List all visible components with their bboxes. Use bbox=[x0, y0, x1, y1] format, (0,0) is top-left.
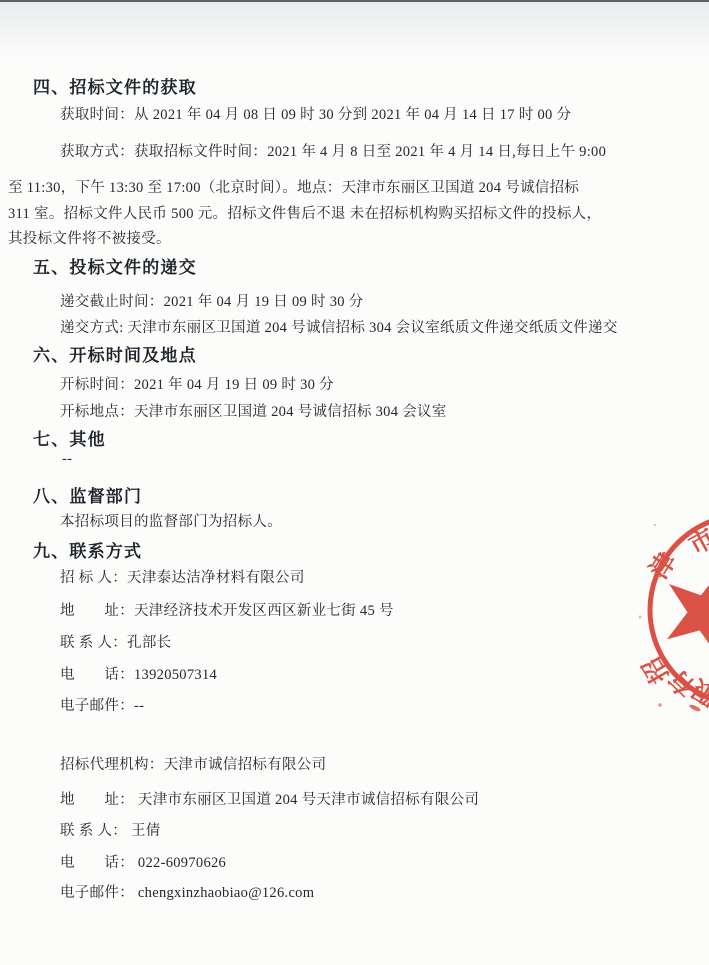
agency-phone-row: 电 话： 022-60970626 bbox=[60, 851, 226, 872]
scan-top-shadow bbox=[0, 2, 709, 58]
tenderer-phone-row: 电 话：13920507314 bbox=[60, 663, 217, 684]
star-icon bbox=[667, 569, 709, 658]
section-6-line-1: 开标时间：2021 年 04 月 19 日 09 时 30 分 bbox=[60, 373, 334, 394]
agency-address-row: 地 址： 天津市东丽区卫国道 204 号天津市诚信招标有限公司 bbox=[60, 788, 479, 809]
section-7-line-1: -- bbox=[62, 451, 72, 468]
tenderer-address-row: 地 址：天津经济技术开发区西区新业七街 45 号 bbox=[60, 599, 394, 620]
scan-top-edge bbox=[0, 0, 709, 2]
seal-ink-speck-2 bbox=[639, 616, 642, 619]
section-9-heading: 九、联系方式 bbox=[33, 537, 142, 562]
agency-name-row: 招标代理机构：天津市诚信招标有限公司 bbox=[60, 753, 326, 774]
section-7-heading: 七、其他 bbox=[33, 425, 106, 450]
section-5-line-2: 递交方式: 天津市东丽区卫国道 204 号诚信招标 304 会议室纸质文件递交纸… bbox=[60, 316, 618, 337]
section-4-line-5: 其投标文件将不被接受。 bbox=[8, 227, 171, 248]
tenderer-name-row: 招 标 人：天津泰达洁净材料有限公司 bbox=[60, 566, 305, 587]
seal-ink-speck-1 bbox=[658, 703, 662, 707]
agency-contact-row: 联 系 人： 王倩 bbox=[60, 819, 161, 840]
seal-char-2: 市 bbox=[684, 524, 709, 561]
section-4-line-1: 获取时间：从 2021 年 04 月 08 日 09 时 30 分到 2021 … bbox=[60, 103, 571, 124]
section-4-line-2: 获取方式：获取招标文件时间：2021 年 4 月 8 日至 2021 年 4 月… bbox=[60, 140, 606, 161]
tenderer-contact-row: 联 系 人：孔部长 bbox=[60, 631, 171, 652]
section-6-heading: 六、开标时间及地点 bbox=[33, 341, 197, 366]
section-8-line-1: 本招标项目的监督部门为招标人。 bbox=[60, 510, 282, 531]
section-5-line-1: 递交截止时间：2021 年 04 月 19 日 09 时 30 分 bbox=[60, 290, 364, 311]
tenderer-email-row: 电子邮件：-- bbox=[60, 694, 144, 715]
section-6-line-2: 开标地点：天津市东丽区卫国道 204 号诚信招标 304 会议室 bbox=[60, 400, 447, 421]
seal-char-1: 津 bbox=[645, 547, 683, 584]
company-seal-stamp: 津 市 招 有 限 bbox=[610, 495, 709, 725]
section-4-line-3: 至 11:30，下午 13:30 至 17:00（北京时间）。地点：天津市东丽区… bbox=[8, 176, 579, 197]
agency-email-row: 电子邮件： chengxinzhaobiao@126.com bbox=[60, 881, 314, 902]
section-4-heading: 四、招标文件的获取 bbox=[33, 73, 197, 98]
seal-ink-speck-3 bbox=[654, 524, 657, 527]
scanned-tender-document-page: 四、招标文件的获取 获取时间：从 2021 年 04 月 08 日 09 时 3… bbox=[0, 0, 709, 965]
section-5-heading: 五、投标文件的递交 bbox=[33, 253, 197, 278]
section-8-heading: 八、监督部门 bbox=[33, 482, 142, 507]
section-4-line-4: 311 室。招标文件人民币 500 元。招标文件售后不退 未在招标机构购买招标文… bbox=[8, 202, 601, 223]
